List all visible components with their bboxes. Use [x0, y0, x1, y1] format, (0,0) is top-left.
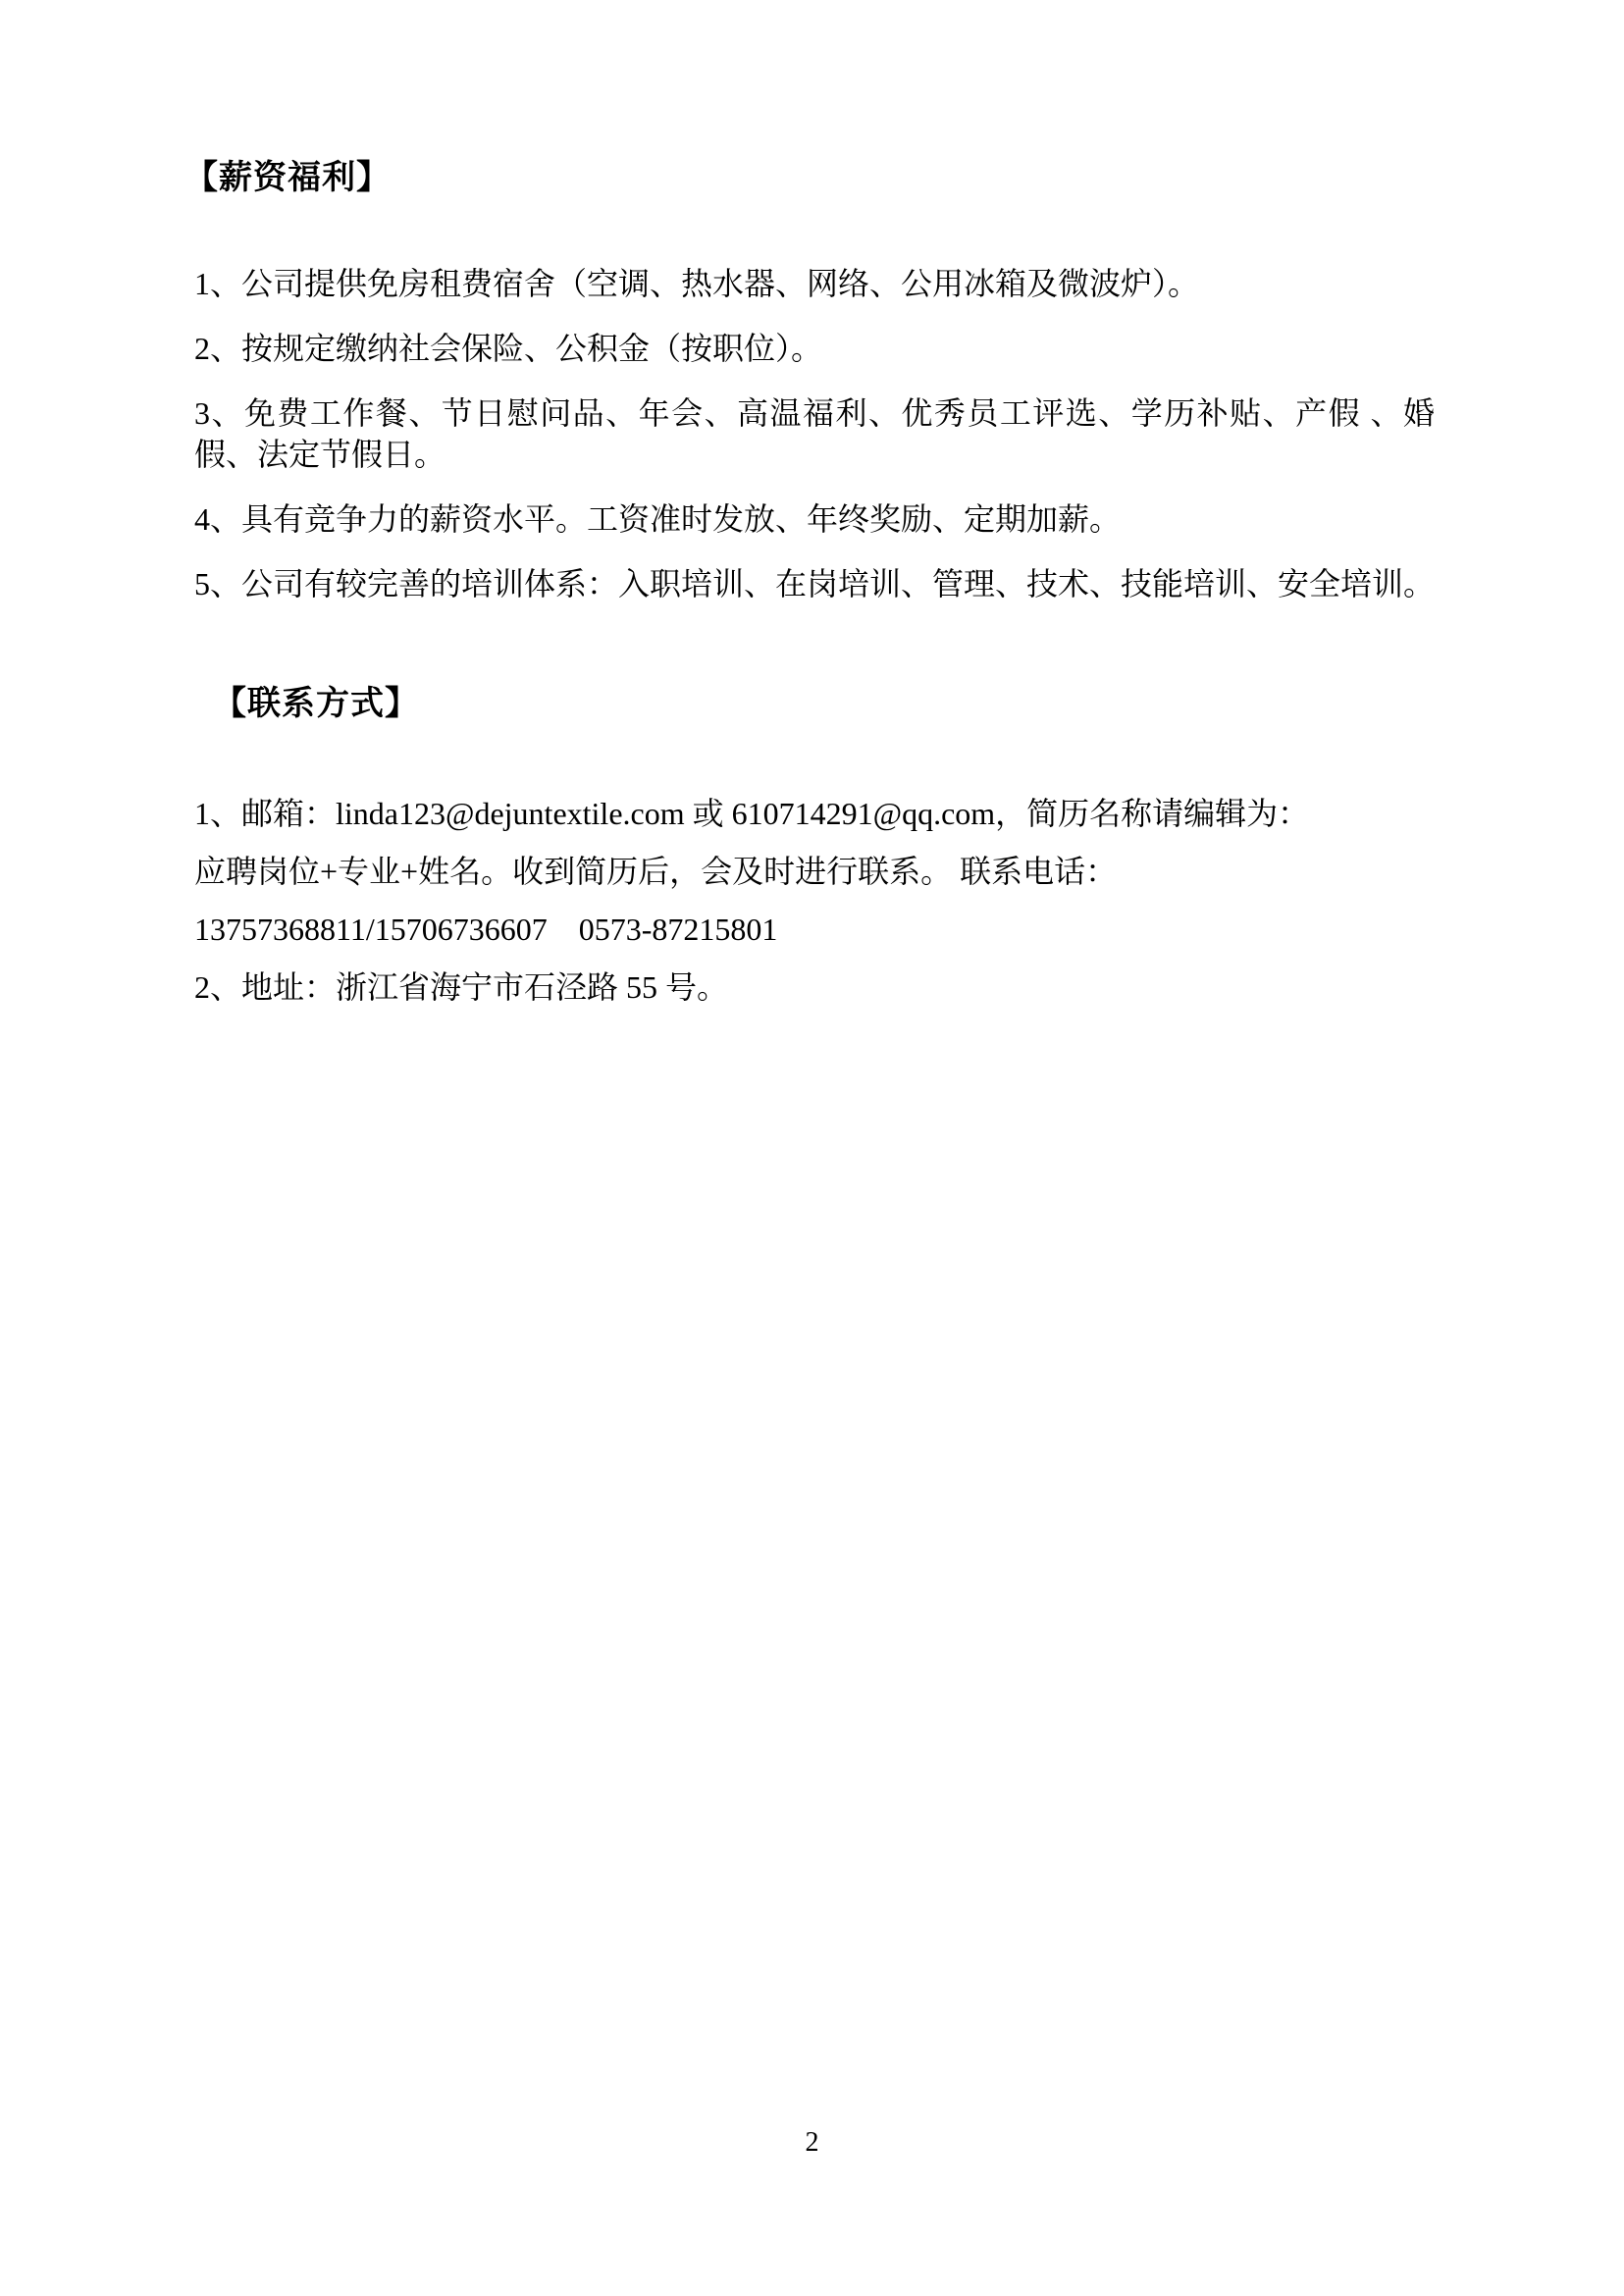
document-page: 【薪资福利】 1、公司提供免房租费宿舍（空调、热水器、网络、公用冰箱及微波炉）。…: [0, 0, 1624, 2296]
page-number: 2: [0, 2127, 1624, 2159]
contact-line-address: 2、地址：浙江省海宁市石泾路 55 号。: [194, 966, 1435, 1008]
contact-section-heading: 【联系方式】: [213, 685, 1435, 722]
benefit-item-housing: 1、公司提供免房租费宿舍（空调、热水器、网络、公用冰箱及微波炉）。: [194, 263, 1435, 304]
benefit-item-training: 5、公司有较完善的培训体系：入职培训、在岗培训、管理、技术、技能培训、安全培训。: [194, 563, 1435, 604]
contact-line-email: 1、邮箱：linda123@dejuntextile.com 或 6107142…: [194, 793, 1435, 834]
benefit-item-salary: 4、具有竞争力的薪资水平。工资准时发放、年终奖励、定期加薪。: [194, 498, 1435, 540]
benefits-section-heading: 【薪资福利】: [184, 159, 1435, 196]
benefit-item-welfare: 3、免费工作餐、节日慰问品、年会、高温福利、优秀员工评选、学历补贴、产假 、婚假…: [194, 392, 1435, 475]
benefit-item-insurance: 2、按规定缴纳社会保险、公积金（按职位）。: [194, 328, 1435, 369]
contact-line-resume-instruction: 应聘岗位+专业+姓名。收到简历后，会及时进行联系。 联系电话：: [194, 851, 1435, 892]
contact-line-phone-numbers: 13757368811/15706736607 0573-87215801: [194, 909, 1435, 950]
